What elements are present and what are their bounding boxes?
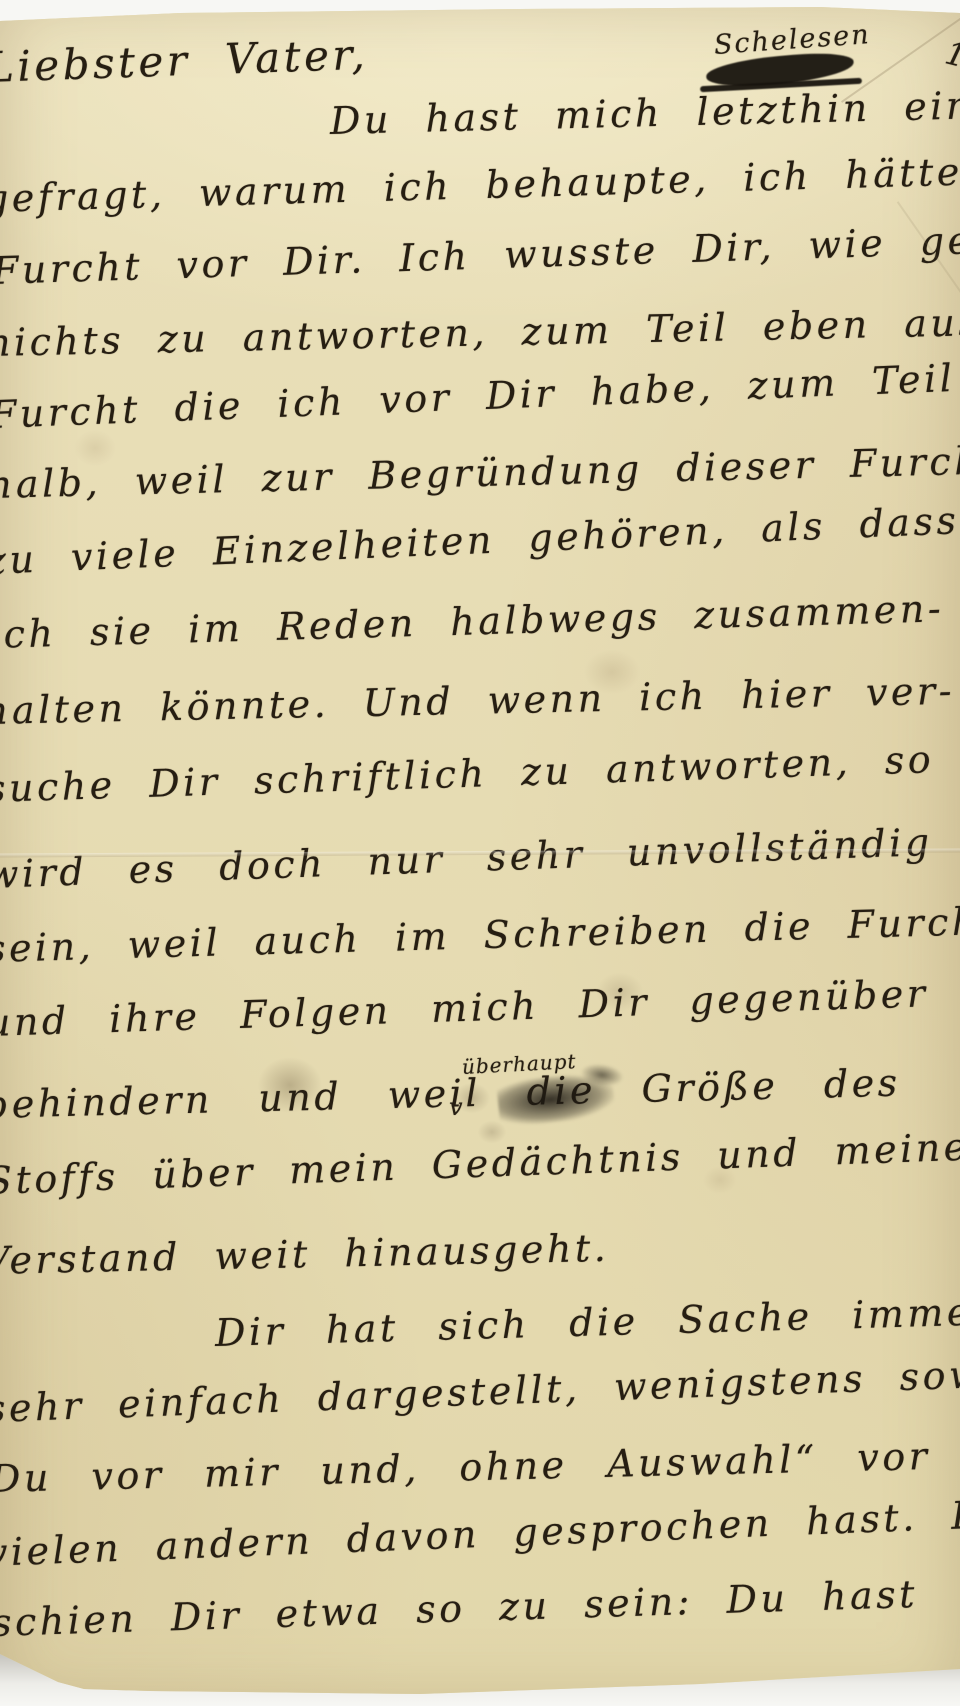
letter-line: halb, weil zur Begründung dieser Furcht: [0, 439, 960, 507]
letter-line: gefragt, warum ich behaupte, ich hätte: [0, 151, 960, 222]
letter-line: sein, weil auch im Schreiben die Furcht: [0, 900, 960, 972]
letter-line: Furcht vor Dir. Ich wusste Dir, wie gewö…: [0, 212, 960, 293]
letter-line: Stoffs über mein Gedächtnis und meinen: [0, 1125, 960, 1204]
letter-line: nichts zu antworten, zum Teil eben aus d…: [0, 299, 960, 366]
letter-line: sehr einfach dargestellt, wenigstens sow…: [0, 1351, 960, 1432]
letter-line: Dir hat sich die Sache immer: [214, 1290, 960, 1355]
letter-line: Furcht die ich vor Dir habe, zum Teil de…: [0, 352, 960, 438]
letter-line: zu viele Einzelheiten gehören, als dass: [0, 499, 960, 583]
letter-line: wird es doch nur sehr unvollständig: [0, 821, 933, 898]
letter-line: schien Dir etwa so zu sein: Du hast: [0, 1573, 919, 1646]
insertion-caret-mark: v: [449, 1094, 466, 1122]
letter-line: Du vor mir und, ohne Auswahl“ vor: [0, 1435, 931, 1502]
letter-paper: Liebster Vater, Schelesen 1 Du hast mich…: [0, 0, 960, 1706]
letter-line: halten könnte. Und wenn ich hier ver-: [0, 670, 955, 734]
letter-line: Du hast mich letzthin einmal: [329, 82, 960, 143]
letter-line: Verstand weit hinausgeht.: [0, 1227, 610, 1284]
letter-line: und ihre Folgen mich Dir gegenüber: [0, 972, 929, 1045]
date-fragment: 1: [942, 35, 960, 76]
letter-line: ich sie im Reden halbwegs zusammen-: [0, 587, 945, 657]
letter-line: vielen andern davon gesprochen hast. Es: [0, 1493, 960, 1576]
salutation: Liebster Vater,: [0, 31, 369, 93]
letter-scan: Liebster Vater, Schelesen 1 Du hast mich…: [0, 0, 960, 1706]
letter-line: suche Dir schriftlich zu antworten, so: [0, 738, 935, 811]
